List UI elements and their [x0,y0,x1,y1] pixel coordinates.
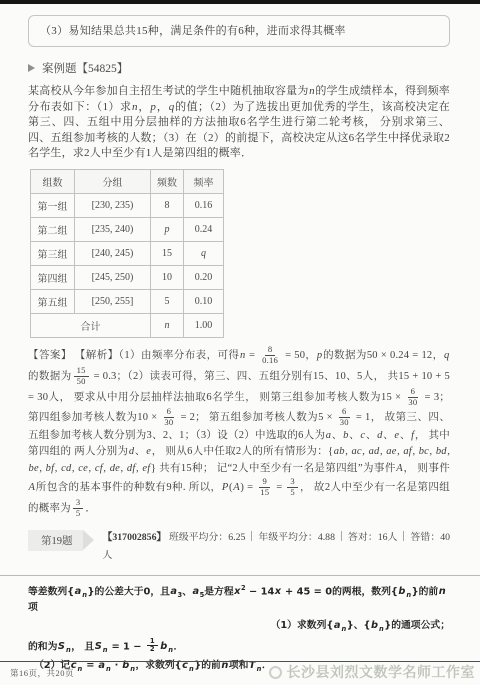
stats-text: 【317002856】 班级平均分：6.25年级平均分：4.88答对：16人答错… [103,529,451,566]
question-badge: 第19题 [28,530,94,551]
question-id: 【317002856】 [103,532,167,543]
note-box: （3）易知结果总共15种，满足条件的有6种，进而求得其概率 [28,15,450,47]
stamp-text: 长沙县刘烈文数学名师工作室 [287,662,476,682]
stat-class-average: 班级平均分：6.25 [169,532,245,543]
stat-separator [341,531,342,541]
header-interval: 分组 [75,170,151,194]
stat-separator [403,531,404,541]
page-top-border [0,0,480,4]
stat-grade-average: 年级平均分：4.88 [258,532,335,543]
table-row: 第一组 [230, 235) 8 0.16 [31,194,224,218]
triangle-right-icon [28,64,35,72]
sequence-problem-line1: 等差数列{an}的公差大于0，且a3、a5是方程x2 − 14x + 45 = … [28,584,452,616]
table-row: 第二组 [235, 240) p 0.24 [31,218,224,242]
header-group: 组数 [31,170,75,194]
sequence-problem: 等差数列{an}的公差大于0，且a3、a5是方程x2 − 14x + 45 = … [0,576,480,675]
table-header-row: 组数 分组 频数 频率 [31,170,224,194]
header-frequency: 频数 [151,170,184,194]
question-stats-bar: 第19题 【317002856】 班级平均分：6.25年级平均分：4.88答对：… [28,529,450,566]
problem-statement: 某高校从今年参加自主招生考试的学生中随机抽取容量为n的学生成绩样本，得到频率分布… [28,84,450,162]
note-text: （3）易知结果总共15种，满足条件的有6种，进而求得其概率 [40,25,346,37]
table-row: 第三组 [240, 245) 15 q [31,242,224,266]
total-frequency: n [151,314,184,338]
header-rate: 频率 [184,170,224,194]
total-rate: 1.00 [184,314,224,338]
answer-analysis: 【答案】 【解析】（1）由频率分布表，可得n = 80.16 = 50，p的数据… [28,345,450,518]
sequence-question-1: （1）求数列{an}、{bn}的通项公式； [28,619,452,635]
table-row: 第五组 [250, 255] 5 0.10 [31,290,224,314]
page-content: （3）易知结果总共15种，满足条件的有6种，进而求得其概率 案例题【54825】… [0,15,480,566]
frequency-table: 组数 分组 频数 频率 第一组 [230, 235) 8 0.16 第二组 [2… [30,169,224,338]
stat-separator [251,531,252,541]
badge-chevron-icon [83,530,94,550]
stamp-logo-icon [269,666,282,679]
stat-correct-count: 答对：16人 [348,532,398,543]
table-row: 第四组 [245, 250) 10 0.20 [31,266,224,290]
page-footer: 第16页，共20页 长沙县刘烈文数学名师工作室 [0,661,480,685]
case-label: 案例题【54825】 [42,60,128,76]
studio-stamp: 长沙县刘烈文数学名师工作室 [269,662,476,682]
table-total-row: 合计 n 1.00 [31,314,224,338]
total-label: 合计 [31,314,151,338]
sequence-problem-line2: 的和为Sn， 且Sn = 1 − 12bn． [28,638,452,656]
case-heading: 案例题【54825】 [28,60,450,76]
question-badge-label: 第19题 [28,530,83,551]
page-number: 第16页，共20页 [10,667,74,679]
